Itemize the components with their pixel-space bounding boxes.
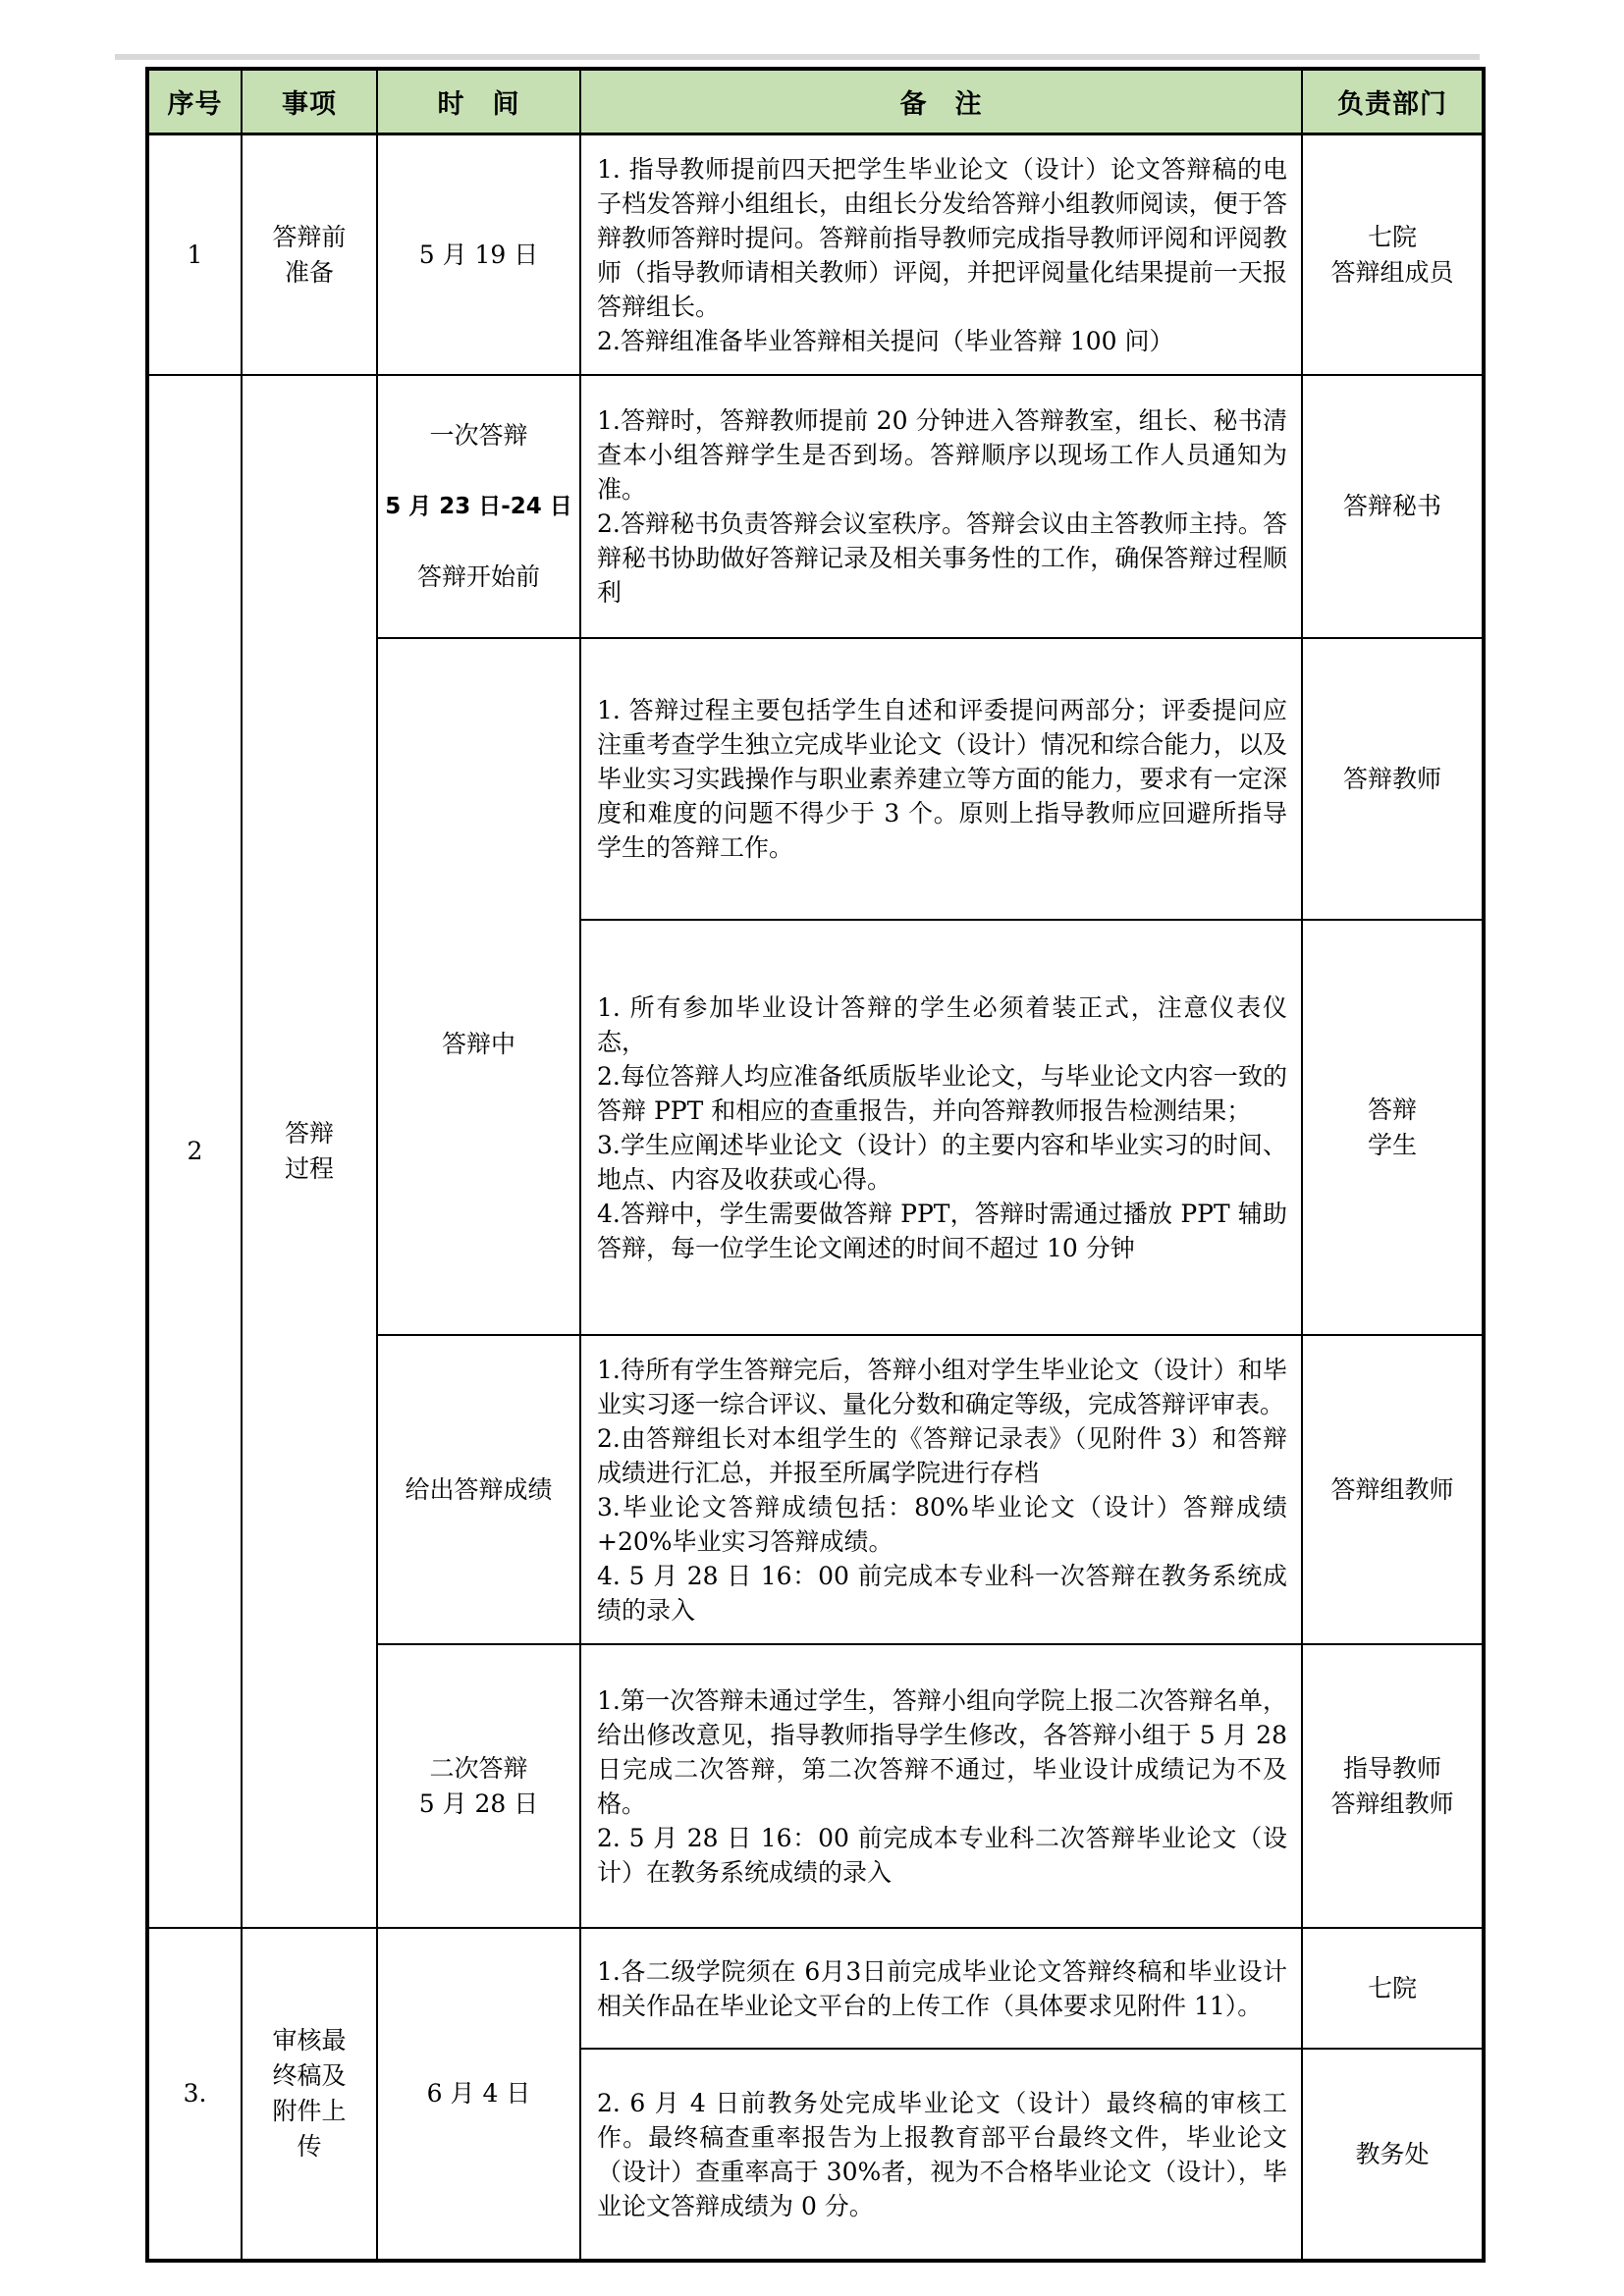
scan-shadow-line: [115, 54, 1480, 60]
r3a-remark-cell: 1.各二级学院须在 6月3日前完成毕业论文答辩终稿和毕业设计相关作品在毕业论文平…: [580, 1928, 1302, 2049]
r2c-remark-cell: 1. 所有参加毕业设计答辩的学生必须着装正式，注意仪表仪态， 2.每位答辩人均应…: [580, 920, 1302, 1335]
table-row: 2 答辩 过程 一次答辩 5 月 23 日-24 日 答辩开始前 1.答辩时，答…: [147, 375, 1484, 638]
r2e-time-cell: 二次答辩 5 月 28 日: [377, 1644, 580, 1928]
r2a-time-line1: 一次答辩: [379, 418, 578, 454]
header-cell-item: 事项: [242, 69, 377, 134]
r3-item-cell: 审核最 终稿及 附件上 传: [242, 1928, 377, 2261]
r1-remark-cell: 1. 指导教师提前四天把学生毕业论文（设计）论文答辩稿的电子档发答辩小组组长，由…: [580, 134, 1302, 376]
header-row: 序号 事项 时 间 备 注 负责部门: [147, 69, 1484, 134]
r2a-remark-cell: 1.答辩时，答辩教师提前 20 分钟进入答辩教室，组长、秘书清查本小组答辩学生是…: [580, 375, 1302, 638]
r1-no-cell: 1: [147, 134, 242, 376]
r2c-dept-cell: 答辩 学生: [1302, 920, 1484, 1335]
r2bc-time-cell: 答辩中: [377, 638, 580, 1335]
defense-schedule-table: 序号 事项 时 间 备 注 负责部门 1 答辩前 准备 5 月 19 日 1. …: [145, 67, 1486, 2263]
table-row: 1 答辩前 准备 5 月 19 日 1. 指导教师提前四天把学生毕业论文（设计）…: [147, 134, 1484, 376]
header-cell-remark: 备 注: [580, 69, 1302, 134]
header-cell-no: 序号: [147, 69, 242, 134]
r2d-dept-cell: 答辩组教师: [1302, 1335, 1484, 1644]
r2-no-cell: 2: [147, 375, 242, 1928]
document-page: 序号 事项 时 间 备 注 负责部门 1 答辩前 准备 5 月 19 日 1. …: [0, 0, 1624, 2296]
header-cell-time: 时 间: [377, 69, 580, 134]
r2b-remark-cell: 1. 答辩过程主要包括学生自述和评委提问两部分；评委提问应注重考查学生独立完成毕…: [580, 638, 1302, 920]
r2a-time-line3: 答辩开始前: [379, 560, 578, 595]
r3a-dept-cell: 七院: [1302, 1928, 1484, 2049]
r1-dept-cell: 七院 答辩组成员: [1302, 134, 1484, 376]
header-cell-dept: 负责部门: [1302, 69, 1484, 134]
r2e-remark-cell: 1.第一次答辩未通过学生，答辩小组向学院上报二次答辩名单，给出修改意见，指导教师…: [580, 1644, 1302, 1928]
r3b-remark-cell: 2. 6 月 4 日前教务处完成毕业论文（设计）最终稿的审核工作。最终稿查重率报…: [580, 2049, 1302, 2261]
r1-time-cell: 5 月 19 日: [377, 134, 580, 376]
r3-time-cell: 6 月 4 日: [377, 1928, 580, 2261]
r2-item-cell: 答辩 过程: [242, 375, 377, 1928]
r3b-dept-cell: 教务处: [1302, 2049, 1484, 2261]
r1-item-cell: 答辩前 准备: [242, 134, 377, 376]
r2d-time-cell: 给出答辩成绩: [377, 1335, 580, 1644]
r3-no-cell: 3.: [147, 1928, 242, 2261]
table-row: 3. 审核最 终稿及 附件上 传 6 月 4 日 1.各二级学院须在 6月3日前…: [147, 1928, 1484, 2049]
r2a-time-cell: 一次答辩 5 月 23 日-24 日 答辩开始前: [377, 375, 580, 638]
r2a-dept-cell: 答辩秘书: [1302, 375, 1484, 638]
r2d-remark-cell: 1.待所有学生答辩完后，答辩小组对学生毕业论文（设计）和毕业实习逐一综合评议、量…: [580, 1335, 1302, 1644]
r2b-dept-cell: 答辩教师: [1302, 638, 1484, 920]
r2e-dept-cell: 指导教师 答辩组教师: [1302, 1644, 1484, 1928]
r2a-time-line2: 5 月 23 日-24 日: [379, 489, 578, 524]
